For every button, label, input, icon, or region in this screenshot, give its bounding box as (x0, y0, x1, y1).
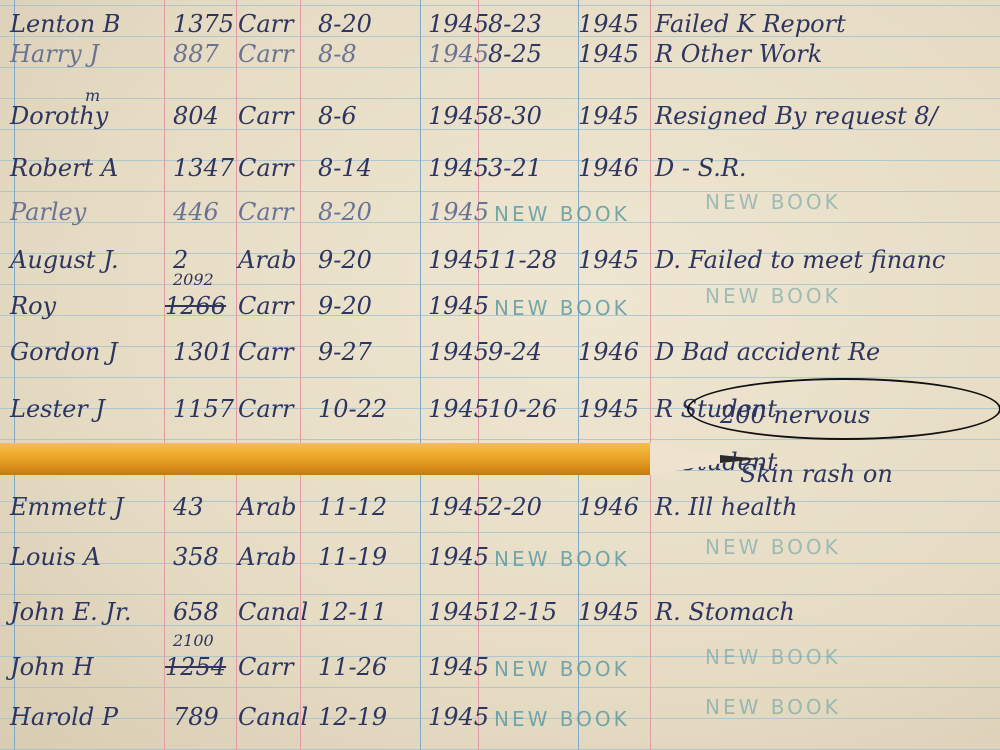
new-book-stamp-remark: NEW BOOK (705, 535, 841, 559)
ledger-start-year: 1945 (428, 495, 489, 519)
ledger-end-date: 8-30 (488, 104, 542, 128)
ledger-name: Harry J (10, 42, 99, 66)
ledger-name: Lester J (10, 397, 105, 421)
ledger-name: Harold P (10, 705, 118, 729)
ledger-type: Arab (238, 248, 296, 272)
ledger-start-year: 1945 (428, 340, 489, 364)
ledger-type: Carr (238, 340, 294, 364)
ledger-number-struck: 1266 (165, 294, 226, 318)
ledger-type: Carr (238, 397, 294, 421)
ledger-number: 658 (173, 600, 219, 624)
ledger-remark-2: Skin rash on (740, 462, 893, 486)
ledger-end-date: 2-20 (488, 495, 542, 519)
ledger-remark: R Other Work (655, 42, 822, 66)
ledger-type: Arab (238, 545, 296, 569)
ledger-start-year: 1945 (428, 600, 489, 624)
ledger-number: 804 (173, 104, 219, 128)
circle-annotation (687, 378, 1000, 440)
ledger-start-year: 1945 (428, 42, 489, 66)
ledger-number-correction: 2092 (173, 272, 214, 288)
ledger-end-date: 8-25 (488, 42, 542, 66)
ledger-number: 358 (173, 545, 219, 569)
ledger-type: Carr (238, 200, 294, 224)
ledger-start-year: 1945 (428, 705, 489, 729)
ledger-number: 887 (173, 42, 219, 66)
ledger-end-year: 1946 (578, 495, 639, 519)
ledger-end-date: 8-23 (488, 12, 542, 36)
ledger-start-year: 1945 (428, 12, 489, 36)
ledger-end-year: 1945 (578, 42, 639, 66)
ledger-remark: Failed K Report (655, 12, 846, 36)
ledger-number: 1301 (173, 340, 234, 364)
ledger-remark: R. Stomach (655, 600, 795, 624)
ledger-end-year: 1945 (578, 248, 639, 272)
ledger-start-year: 1945 (428, 156, 489, 180)
ledger-name: Emmett J (10, 495, 124, 519)
ledger-name: John E. Jr. (10, 600, 131, 624)
ledger-number: 1347 (173, 156, 234, 180)
ledger-start-year: 1945 (428, 397, 489, 421)
ledger-start-year: 1945 (428, 655, 489, 679)
ledger-start-date: 8-6 (318, 104, 357, 128)
ledger-end-date: 12-15 (488, 600, 557, 624)
ledger-name: John H (10, 655, 94, 679)
ledger-type: Carr (238, 655, 294, 679)
ledger-number: 446 (173, 200, 219, 224)
ledger-remark: R. Ill health (655, 495, 798, 519)
ledger-start-date: 12-11 (318, 600, 387, 624)
ledger-start-date: 9-27 (318, 340, 372, 364)
ledger-start-year: 1945 (428, 545, 489, 569)
ledger-type: Carr (238, 42, 294, 66)
new-book-stamp-remark: NEW BOOK (705, 695, 841, 719)
ledger-name: Gordon J (10, 340, 118, 364)
ledger-end-year: 1945 (578, 104, 639, 128)
ledger-end-date: 11-28 (488, 248, 557, 272)
ledger-start-date: 9-20 (318, 248, 372, 272)
ledger-name-correction: m (85, 88, 100, 104)
ledger-start-date: 12-19 (318, 705, 387, 729)
ledger-number-correction: 2100 (173, 633, 214, 649)
ledger-end-year: 1945 (578, 600, 639, 624)
ledger-start-year: 1945 (428, 294, 489, 318)
new-book-stamp: NEW BOOK (494, 296, 630, 320)
ledger-type: Carr (238, 104, 294, 128)
ledger-end-year: 1945 (578, 397, 639, 421)
ledger-start-date: 11-19 (318, 545, 387, 569)
ledger-start-date: 9-20 (318, 294, 372, 318)
ledger-remark: D - S.R. (655, 156, 747, 180)
ledger-remark: D. Failed to meet financ (655, 248, 945, 272)
ledger-start-date: 11-12 (318, 495, 387, 519)
ledger-remark: Resigned By request 8/ (655, 104, 938, 128)
ledger-end-year: 1946 (578, 340, 639, 364)
ledger-start-year: 1945 (428, 104, 489, 128)
ledger-name: August J. (10, 248, 119, 272)
ledger-start-date: 8-20 (318, 200, 372, 224)
ledger-start-year: 1945 (428, 200, 489, 224)
ledger-remark: D Bad accident Re (655, 340, 880, 364)
ledger-start-date: 11-26 (318, 655, 387, 679)
ledger-number: 43 (173, 495, 204, 519)
ledger-name: Parley (10, 200, 86, 224)
new-book-stamp: NEW BOOK (494, 202, 630, 226)
new-book-stamp-remark: NEW BOOK (705, 284, 841, 308)
ledger-type: Arab (238, 495, 296, 519)
ledger-start-date: 8-20 (318, 12, 372, 36)
ledger-type: Canal (238, 600, 308, 624)
new-book-stamp-remark: NEW BOOK (705, 190, 841, 214)
new-book-stamp-remark: NEW BOOK (705, 645, 841, 669)
ledger-number-struck: 1254 (165, 655, 226, 679)
ledger-end-year: 1945 (578, 12, 639, 36)
ledger-end-date: 10-26 (488, 397, 557, 421)
ledger-type: Carr (238, 156, 294, 180)
ledger-type: Canal (238, 705, 308, 729)
new-book-stamp: NEW BOOK (494, 547, 630, 571)
ledger-end-year: 1946 (578, 156, 639, 180)
ledger-name: Dorothy (10, 104, 108, 128)
pencil (0, 437, 760, 481)
ledger-type: Carr (238, 294, 294, 318)
new-book-stamp: NEW BOOK (494, 707, 630, 731)
ledger-name: Louis A (10, 545, 101, 569)
ledger-name: Lenton B (10, 12, 120, 36)
ledger-number: 2 (173, 248, 188, 272)
ledger-end-date: 9-24 (488, 340, 542, 364)
ledger-name: Robert A (10, 156, 118, 180)
ledger-name: Roy (10, 294, 56, 318)
ledger-number: 1157 (173, 397, 234, 421)
ledger-start-date: 8-14 (318, 156, 372, 180)
ledger-start-date: 8-8 (318, 42, 357, 66)
ledger-number: 789 (173, 705, 219, 729)
ledger-type: Carr (238, 12, 294, 36)
ledger-number: 1375 (173, 12, 234, 36)
ledger-start-year: 1945 (428, 248, 489, 272)
ledger-end-date: 3-21 (488, 156, 542, 180)
new-book-stamp: NEW BOOK (494, 657, 630, 681)
ledger-start-date: 10-22 (318, 397, 387, 421)
